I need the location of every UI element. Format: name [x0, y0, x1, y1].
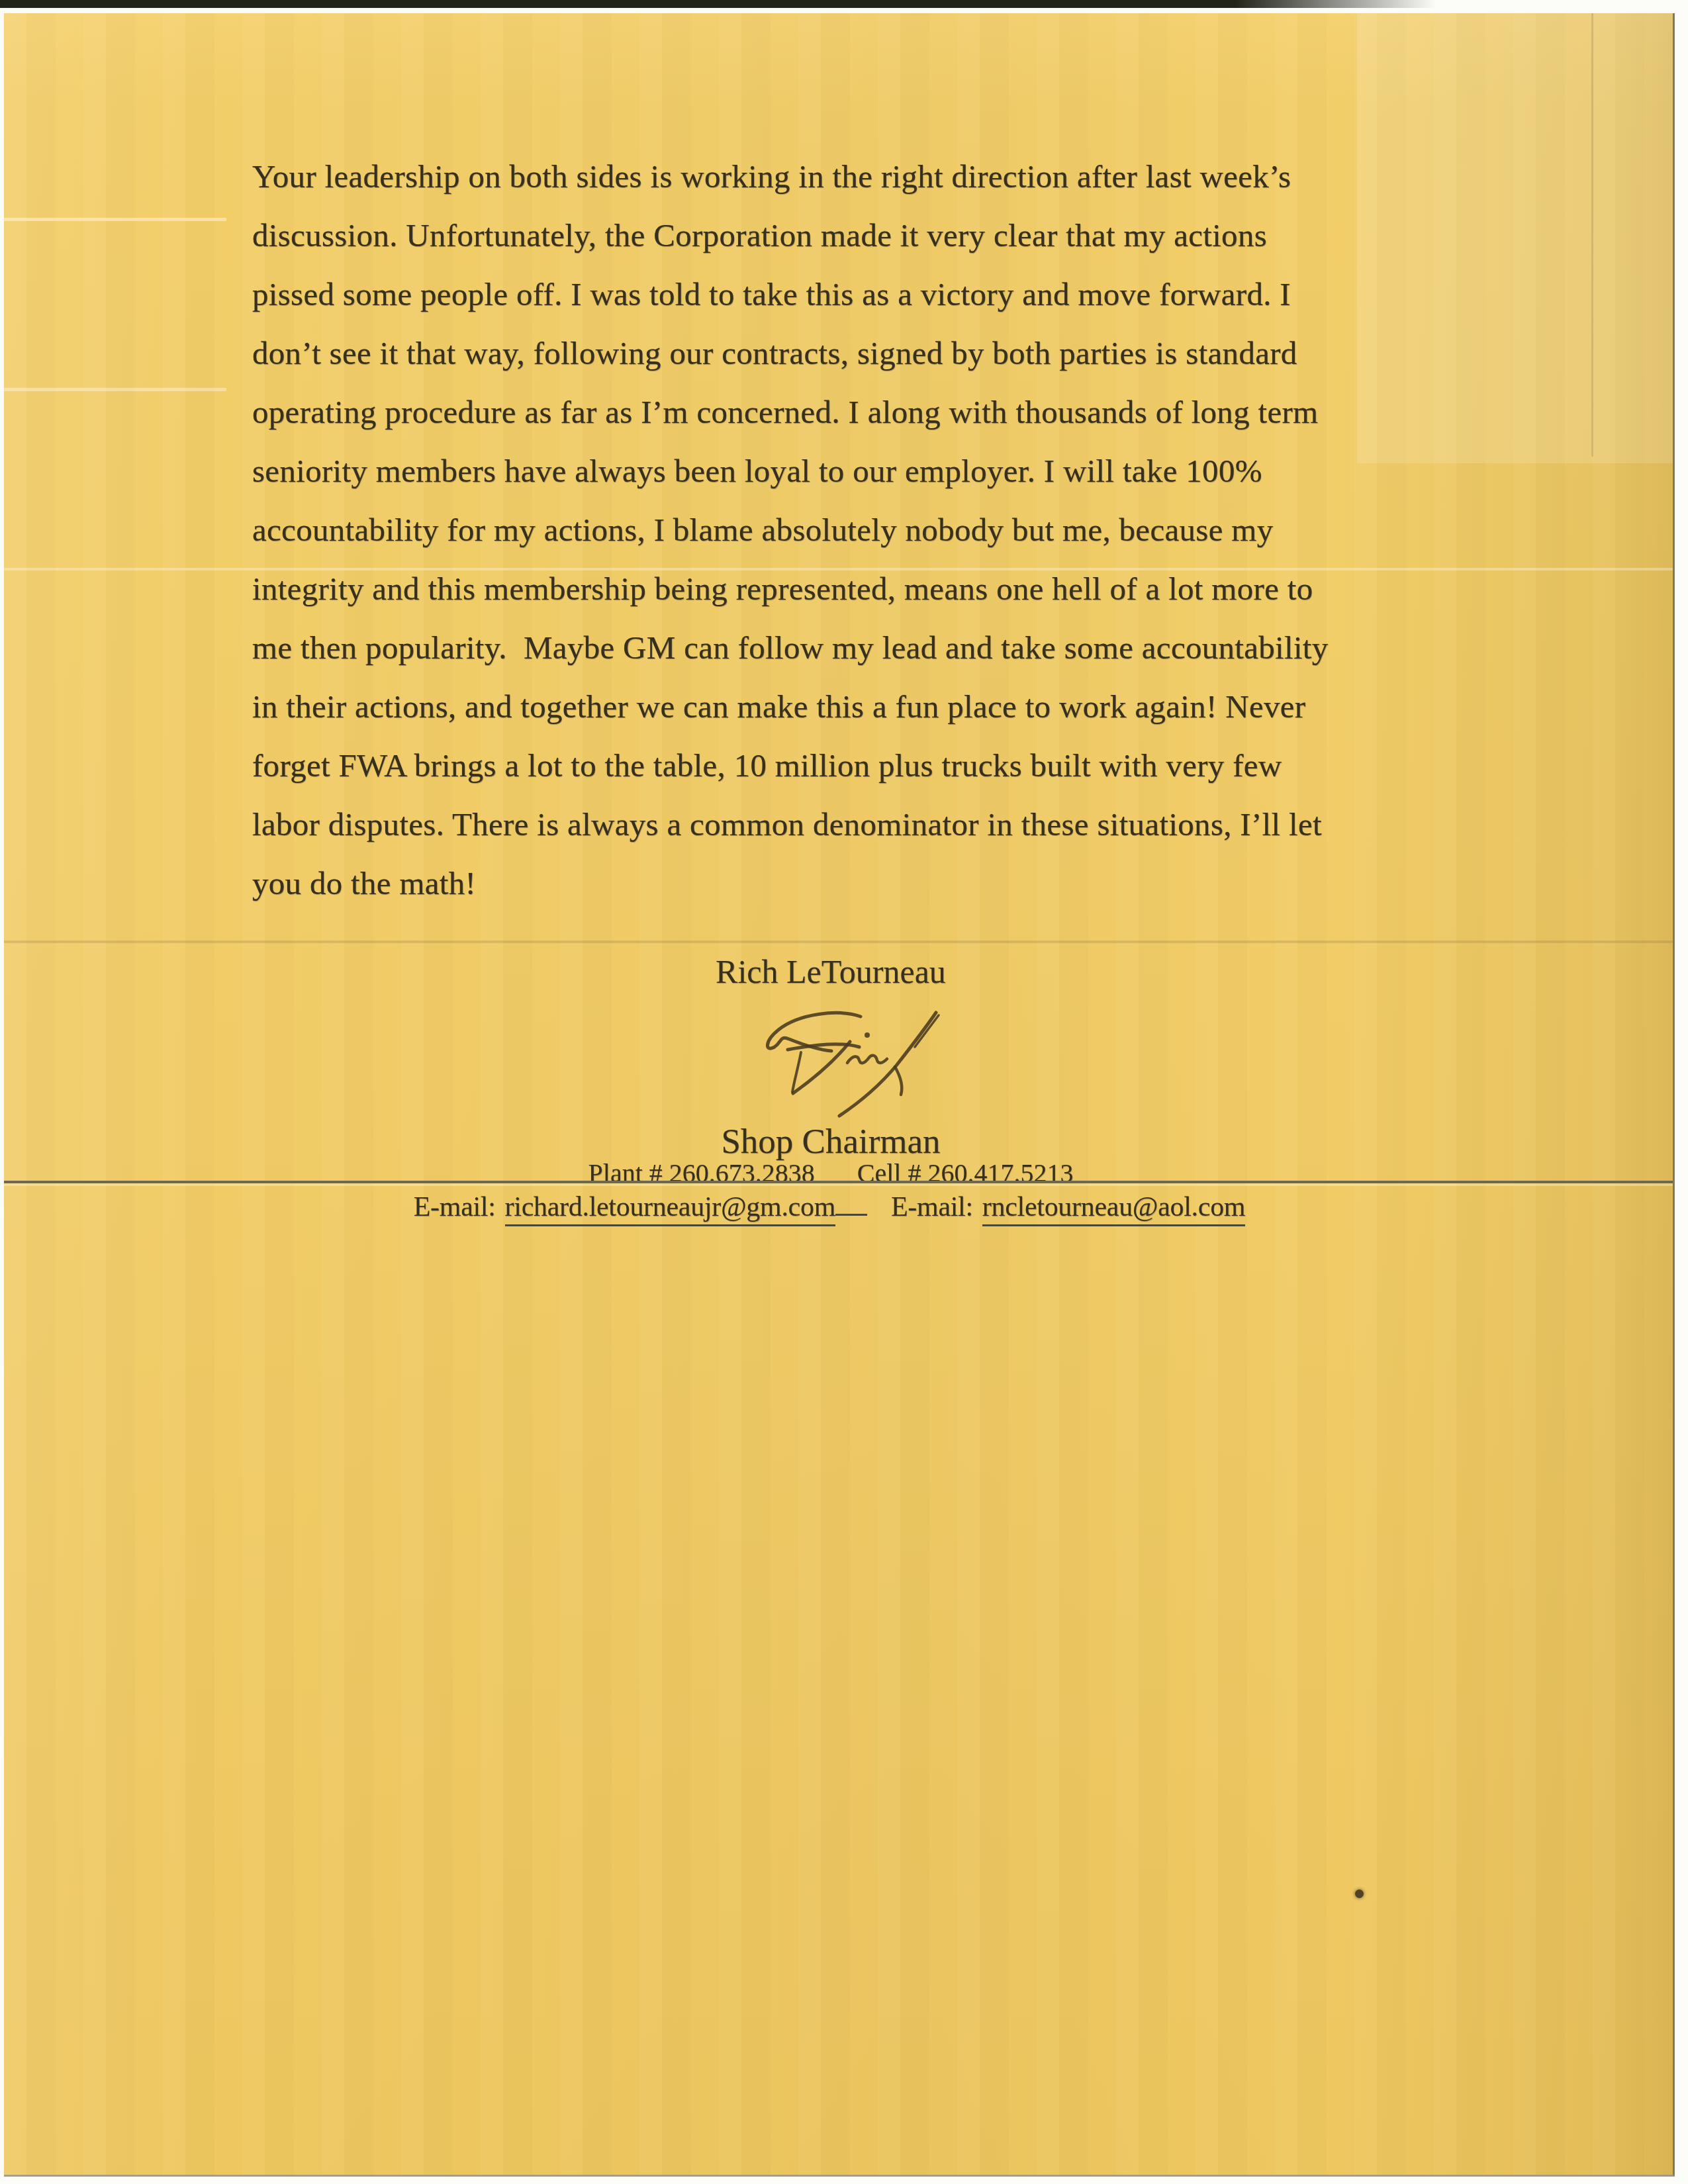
contact-phone-line: Plant # 260.673.2838Cell # 260.417.5213	[0, 1158, 1665, 1189]
body-line: integrity and this membership being repr…	[252, 559, 1550, 618]
body-line: seniority members have always been loyal…	[252, 441, 1550, 500]
body-line: Your leadership on both sides is working…	[252, 147, 1550, 206]
scanned-letter: Your leadership on both sides is working…	[0, 0, 1688, 2184]
email-line: E-mail:richard.letourneaujr@gm.comE-mail…	[0, 1190, 1664, 1224]
body-line: labor disputes. There is always a common…	[252, 795, 1550, 854]
signature-name: Rich LeTourneau	[0, 953, 1665, 990]
body-line: accountability for my actions, I blame a…	[252, 500, 1550, 559]
scanner-edge-strip	[0, 0, 1436, 8]
letter-body: Your leadership on both sides is working…	[252, 147, 1550, 913]
body-line: pissed some people off. I was told to ta…	[252, 265, 1550, 324]
cell-phone: Cell # 260.417.5213	[857, 1158, 1074, 1188]
body-line: discussion. Unfortunately, the Corporati…	[252, 206, 1550, 265]
handwritten-signature	[760, 1006, 944, 1122]
scan-artifact-dot	[1355, 1889, 1364, 1898]
email-address-2: rncletourneau@aol.com	[982, 1192, 1245, 1226]
body-line: operating procedure as far as I’m concer…	[252, 383, 1550, 441]
body-line: forget FWA brings a lot to the table, 10…	[252, 736, 1550, 795]
email-label-2: E-mail:	[891, 1192, 973, 1222]
horizontal-rule	[4, 1181, 1673, 1183]
page-bottom-edge	[4, 2175, 1675, 2177]
underline-extension	[835, 1212, 867, 1216]
email-address-1: richard.letourneaujr@gm.com	[505, 1192, 835, 1226]
body-line: in their actions, and together we can ma…	[252, 677, 1550, 736]
page-right-edge	[1673, 13, 1675, 2176]
signature-title: Shop Chairman	[0, 1122, 1665, 1161]
body-line: you do the math!	[252, 854, 1550, 913]
body-line: don’t see it that way, following our con…	[252, 324, 1550, 383]
body-line: me then popularity. Maybe GM can follow …	[252, 618, 1550, 677]
email-label-1: E-mail:	[414, 1192, 496, 1222]
plant-phone: Plant # 260.673.2838	[588, 1158, 815, 1188]
